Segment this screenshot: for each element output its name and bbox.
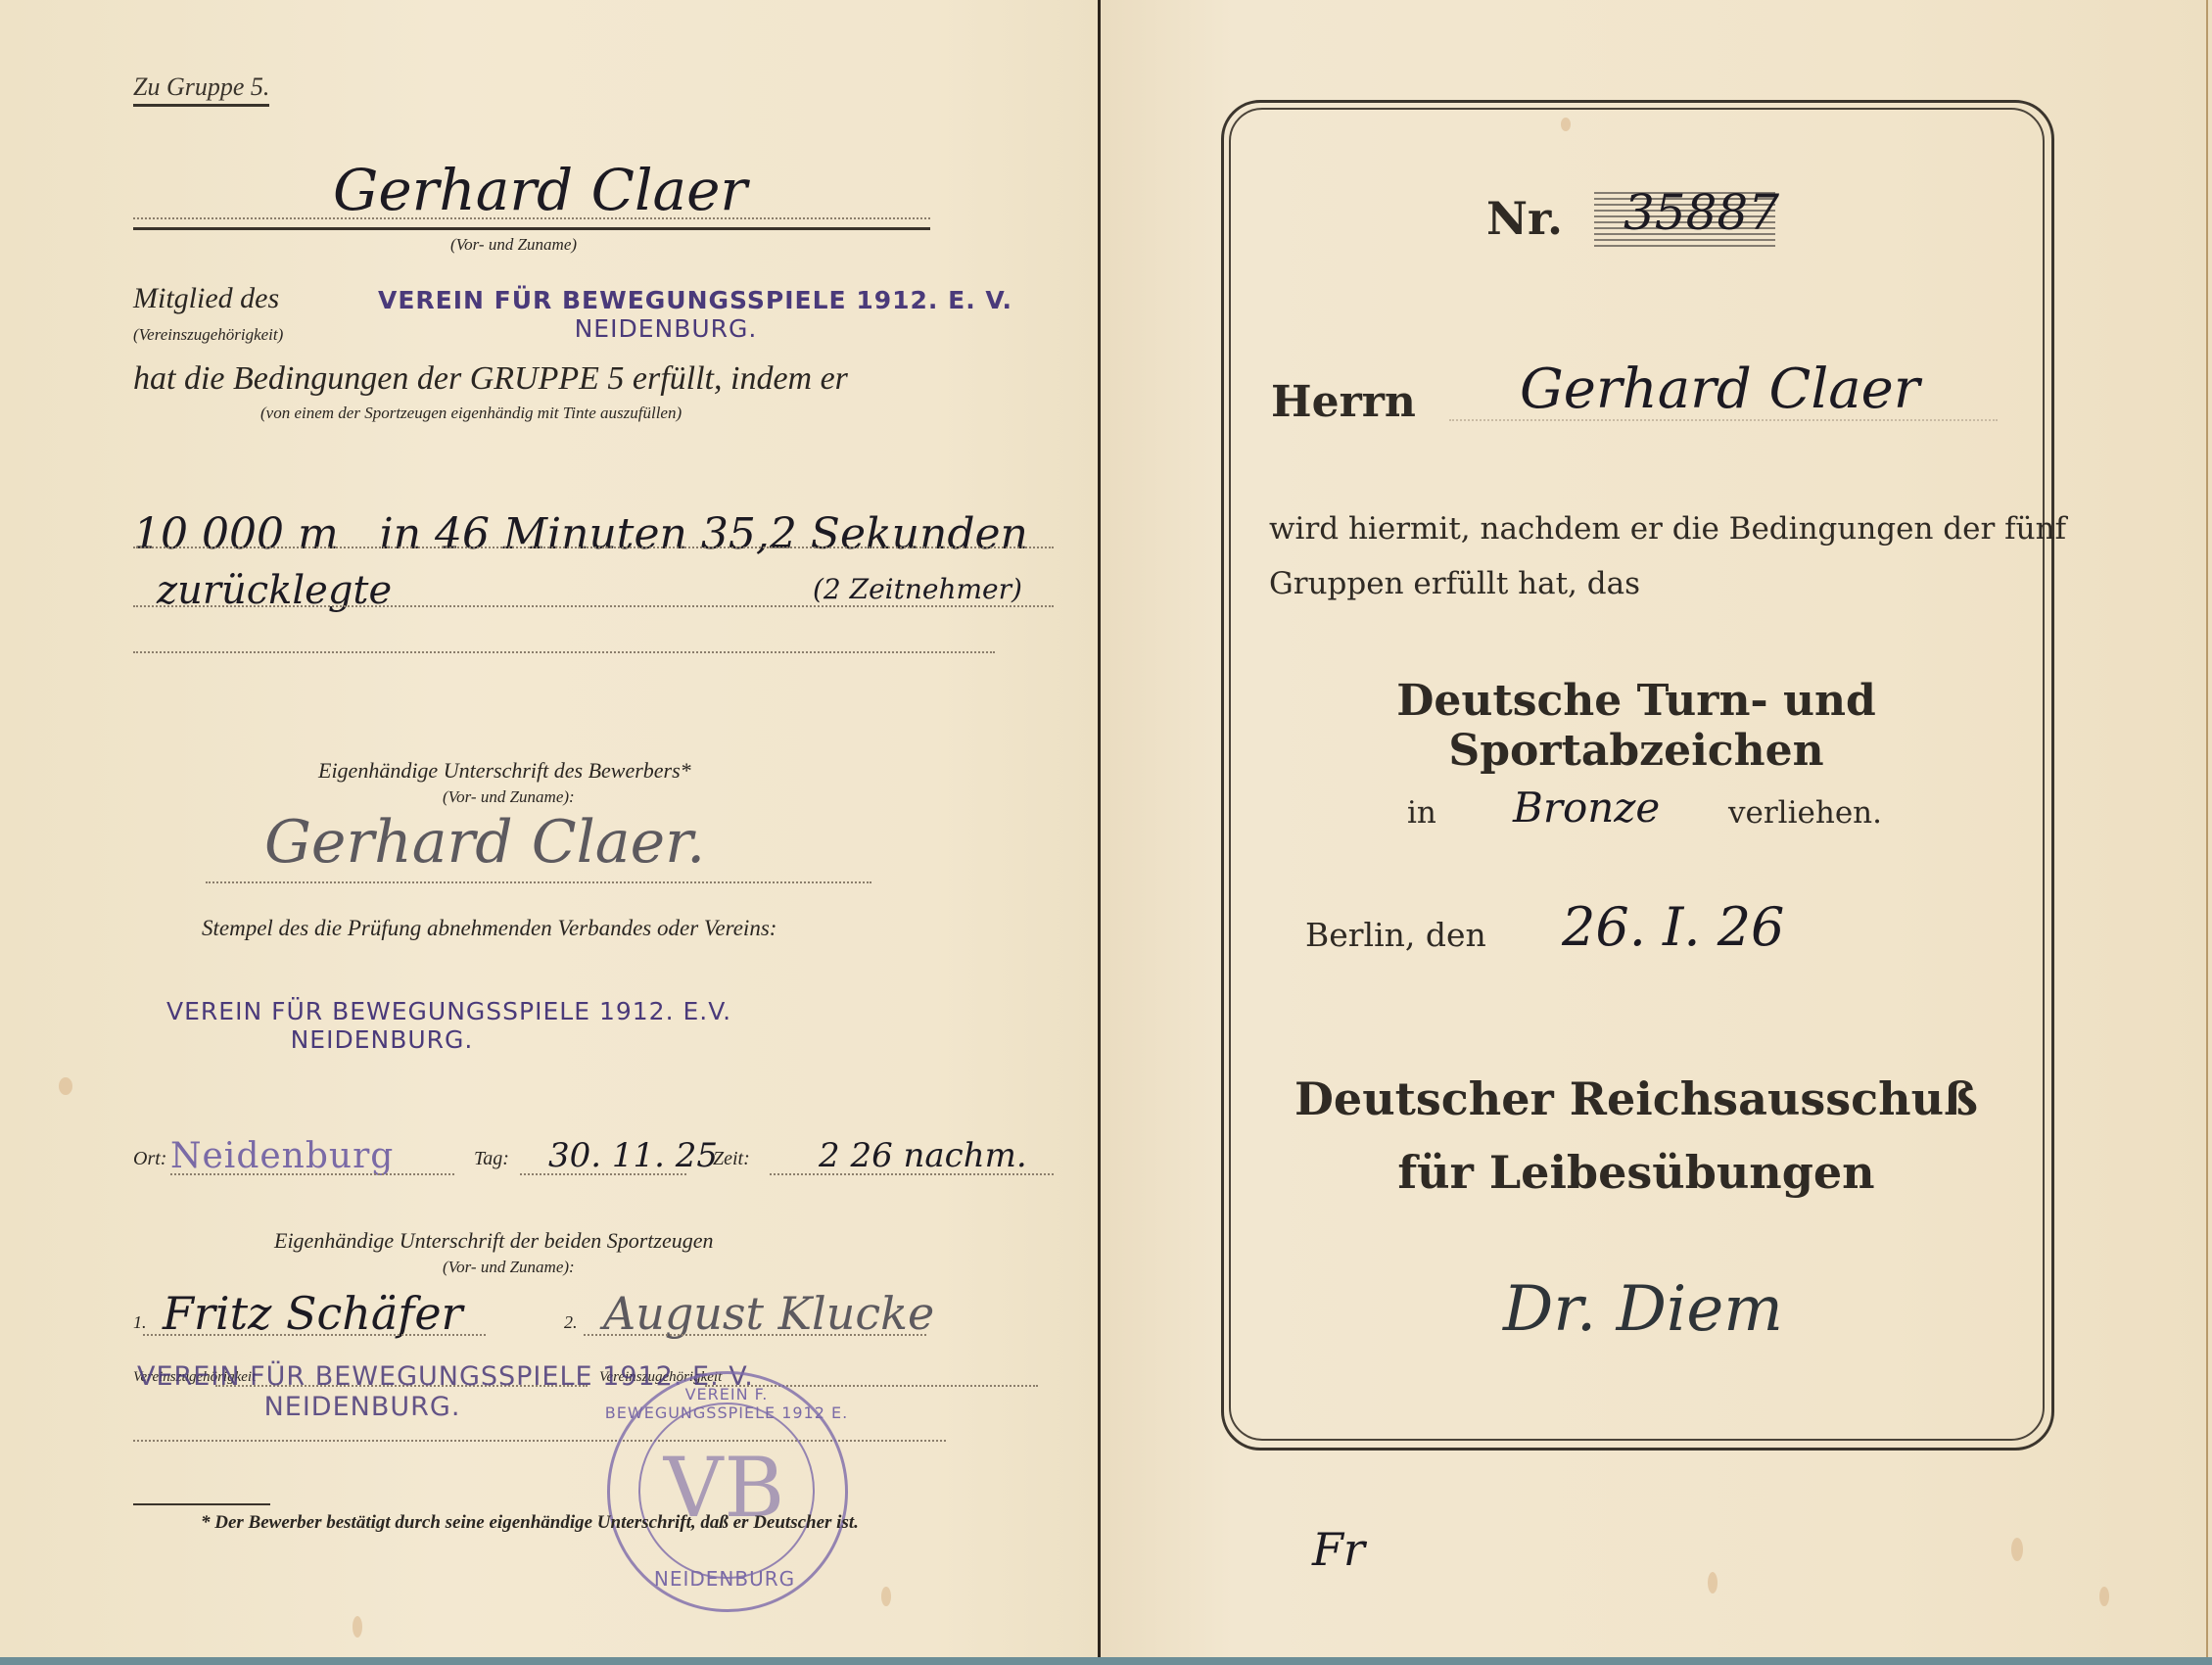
day-value: 30. 11. 25	[548, 1136, 718, 1175]
witnesses-label: Eigenhändige Unterschrift der beiden Spo…	[274, 1228, 713, 1254]
exam-stamp-line1: VEREIN FÜR BEWEGUNGSSPIELE 1912. E.V.	[166, 997, 832, 1025]
issuer-line1: Deutscher Reichsausschuß	[1269, 1072, 2003, 1125]
member-caption: (Vereinszugehörigkeit)	[133, 325, 283, 345]
club-stamp-line2: NEIDENBURG.	[294, 314, 1038, 343]
name-dotted-line	[133, 217, 930, 219]
witness1-name: Fritz Schäfer	[163, 1287, 463, 1340]
applicant-signature-caption: (Vor- und Zuname):	[443, 787, 575, 807]
time-value: 2 26 nachm.	[819, 1136, 1027, 1175]
time-label: Zeit:	[713, 1148, 750, 1170]
group-heading: Zu Gruppe 5.	[133, 72, 269, 107]
signature-dotted-line	[206, 881, 871, 883]
performance-line1: 10 000 m in 46 Minuten 35,2 Sekunden	[133, 509, 1028, 559]
number-value: 35887	[1624, 184, 1779, 241]
number-label: Nr.	[1486, 192, 1563, 245]
award-title: Deutsche Turn- und Sportabzeichen	[1269, 676, 2003, 776]
club-stamp-line1: VEREIN FÜR BEWEGUNGSSPIELE 1912. E. V.	[353, 286, 1038, 314]
footnote-rule	[133, 1503, 270, 1505]
witness2-name: August Klucke	[603, 1287, 934, 1340]
exam-stamp-line2: NEIDENBURG.	[0, 1025, 832, 1054]
issuer-line2: für Leibesübungen	[1269, 1146, 2003, 1199]
recipient-label: Herrn	[1271, 377, 1416, 427]
place-value: Neidenburg	[170, 1136, 394, 1176]
initials: Fr	[1312, 1523, 1365, 1576]
witness2-number: 2.	[564, 1312, 578, 1333]
grade-prefix: in	[1407, 795, 1436, 831]
exam-stamp: VEREIN FÜR BEWEGUNGSSPIELE 1912. E.V. NE…	[166, 997, 832, 1054]
page-edge	[2206, 0, 2208, 1665]
performance-note: (2 Zeitnehmer)	[813, 573, 1022, 605]
club-stamp: VEREIN FÜR BEWEGUNGSSPIELE 1912. E. V. N…	[353, 286, 1038, 343]
place-label: Ort:	[133, 1148, 166, 1170]
name-rule	[133, 227, 930, 230]
name-caption: (Vor- und Zuname)	[450, 235, 577, 255]
applicant-name-handwritten: Gerhard Claer	[333, 157, 747, 223]
stamp-label: Stempel des die Prüfung abnehmenden Verb…	[202, 916, 777, 941]
performance-dotted-line-3	[133, 651, 995, 653]
seal-text-top: VEREIN F. BEWEGUNGSSPIELE 1912 E.	[599, 1385, 854, 1422]
place-date-row: Ort: Neidenburg Tag: 30. 11. 25 Zeit: 2 …	[133, 1136, 1073, 1185]
conditions-text: hat die Bedingungen der GRUPPE 5 erfüllt…	[133, 360, 848, 398]
body-line2: Gruppen erfüllt hat, das	[1269, 566, 1640, 601]
recipient-name: Gerhard Claer	[1520, 357, 1920, 421]
background-surface	[0, 1657, 2212, 1665]
day-label: Tag:	[474, 1148, 509, 1170]
grade-suffix: verliehen.	[1728, 795, 1882, 831]
date-value: 26. I. 26	[1562, 896, 1784, 958]
conditions-caption: (von einem der Sportzeugen eigenhändig m…	[260, 404, 682, 423]
place-date-label: Berlin, den	[1305, 916, 1486, 954]
body-line1: wird hiermit, nachdem er die Bedingungen…	[1269, 511, 2066, 547]
witness-row: 1. Fritz Schäfer 2. August Klucke	[133, 1283, 1073, 1352]
applicant-signature-label: Eigenhändige Unterschrift des Bewerbers*	[318, 758, 691, 784]
grade-value: Bronze	[1513, 784, 1660, 832]
applicant-signature: Gerhard Claer.	[264, 808, 705, 877]
footnote: * Der Bewerber bestätigt durch seine eig…	[201, 1512, 859, 1534]
performance-dotted-line-2	[133, 605, 1054, 607]
member-label: Mitglied des	[133, 282, 279, 315]
witnesses-caption: (Vor- und Zuname):	[443, 1258, 575, 1277]
witness1-number: 1.	[133, 1312, 147, 1333]
recipient-dotted-line	[1449, 419, 1998, 421]
seal-text-bottom: NEIDENBURG	[607, 1567, 842, 1591]
issuer-signature: Dr. Diem	[1503, 1273, 1783, 1346]
performance-dotted-line-1	[133, 547, 1054, 548]
